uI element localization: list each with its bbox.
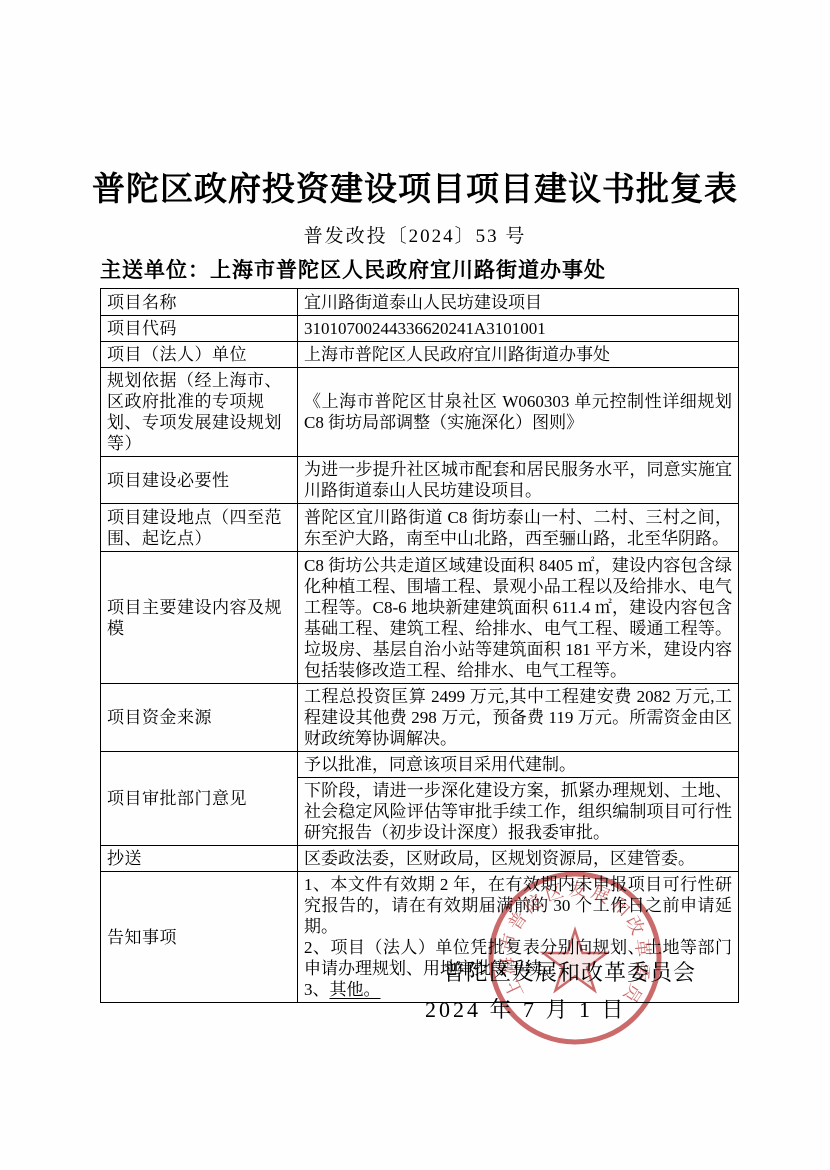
row-value-location: 普陀区宜川路街道 C8 街坊泰山一村、二村、三村之间，东至沪大路，南至中山北路，… [298,504,739,552]
recipient-line: 主送单位：上海市普陀区人民政府宜川路街道办事处 [100,254,740,284]
notice-item-1: 1、本文件有效期 2 年，在有效期内未申报项目可行性研究报告的，请在有效期届满前… [304,874,732,937]
row-label-project-code: 项目代码 [101,316,298,342]
row-value-scope: C8 街坊公共走道区域建设面积 8405 ㎡，建设内容包含绿化种植工程、围墙工程… [298,552,739,684]
row-label-cc: 抄送 [101,846,298,872]
table-row-location: 项目建设地点（四至范围、起讫点） 普陀区宜川路街道 C8 街坊泰山一村、二村、三… [101,504,739,552]
row-value-necessity: 为进一步提升社区城市配套和居民服务水平，同意实施宜川路街道泰山人民坊建设项目。 [298,457,739,504]
table-row-planning-basis: 规划依据（经上海市、区政府批准的专项规划、专项发展建设规划等） 《上海市普陀区甘… [101,368,739,457]
table-row-project-code: 项目代码 31010700244336620241A3101001 [101,316,739,342]
row-label-planning-basis: 规划依据（经上海市、区政府批准的专项规划、专项发展建设规划等） [101,368,298,457]
table-row-legal-unit: 项目（法人）单位 上海市普陀区人民政府宜川路街道办事处 [101,342,739,368]
row-value-legal-unit: 上海市普陀区人民政府宜川路街道办事处 [298,342,739,368]
row-label-funding: 项目资金来源 [101,684,298,752]
row-value-funding: 工程总投资匡算 2499 万元,其中工程建安费 2082 万元,工程建设其他费 … [298,684,739,752]
row-value-project-name: 宜川路街道泰山人民坊建设项目 [298,289,739,316]
issue-date: 2024 年 7 月 1 日 [425,993,627,1024]
row-value-approval-opinion-1: 予以批准，同意该项目采用代建制。 [298,752,739,778]
row-label-legal-unit: 项目（法人）单位 [101,342,298,368]
table-row-scope: 项目主要建设内容及规模 C8 街坊公共走道区域建设面积 8405 ㎡，建设内容包… [101,552,739,684]
document-number: 普发改投〔2024〕53 号 [0,221,830,248]
table-row-necessity: 项目建设必要性 为进一步提升社区城市配套和居民服务水平，同意实施宜川路街道泰山人… [101,457,739,504]
row-label-approval-opinion: 项目审批部门意见 [101,752,298,846]
row-value-approval-opinion-2: 下阶段，请进一步深化建设方案，抓紧办理规划、土地、社会稳定风险评估等审批手续工作… [298,778,739,846]
row-label-location: 项目建设地点（四至范围、起讫点） [101,504,298,552]
row-label-scope: 项目主要建设内容及规模 [101,552,298,684]
document-page: 普陀区政府投资建设项目项目建议书批复表 普发改投〔2024〕53 号 主送单位：… [0,0,830,1170]
table-row-cc: 抄送 区委政法委，区财政局，区规划资源局，区建管委。 [101,846,739,872]
row-value-project-code: 31010700244336620241A3101001 [298,316,739,342]
approval-form-table: 项目名称 宜川路街道泰山人民坊建设项目 项目代码 310107002443366… [100,288,739,1003]
table-row-project-name: 项目名称 宜川路街道泰山人民坊建设项目 [101,289,739,316]
row-label-notice: 告知事项 [101,872,298,1003]
page-title: 普陀区政府投资建设项目项目建议书批复表 [0,163,830,210]
issuing-authority: 普陀区发展和改革委员会 [443,956,696,987]
row-label-necessity: 项目建设必要性 [101,457,298,504]
row-value-cc: 区委政法委，区财政局，区规划资源局，区建管委。 [298,846,739,872]
row-value-planning-basis: 《上海市普陀区甘泉社区 W060303 单元控制性详细规划 C8 街坊局部调整（… [298,368,739,457]
table-row-funding: 项目资金来源 工程总投资匡算 2499 万元,其中工程建安费 2082 万元,工… [101,684,739,752]
notice-item-3-underlined: 其他。 [330,980,381,999]
table-row-approval-opinion-1: 项目审批部门意见 予以批准，同意该项目采用代建制。 [101,752,739,778]
row-label-project-name: 项目名称 [101,289,298,316]
